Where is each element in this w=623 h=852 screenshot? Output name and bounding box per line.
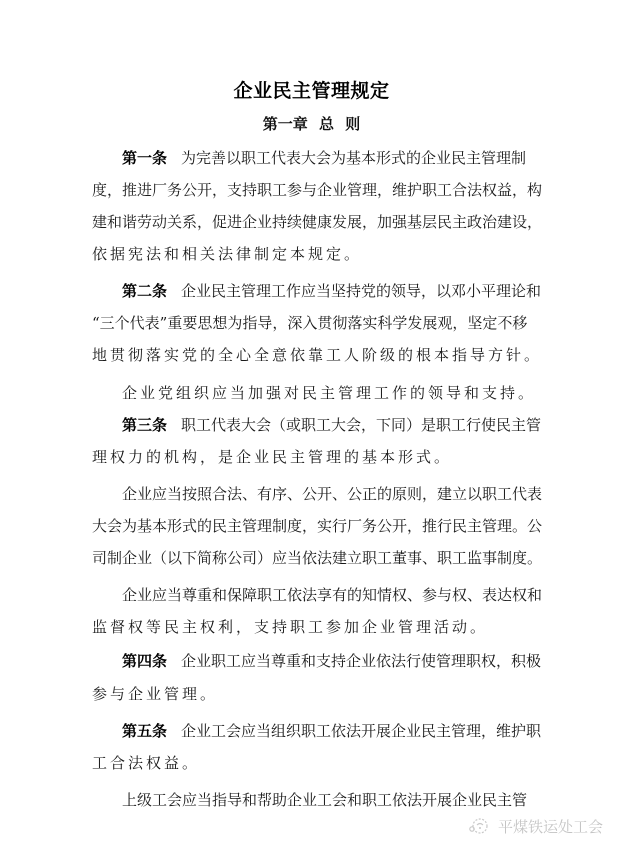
line-text: 上级工会应当指导和帮助企业工会和职工依法开展企业民主管 [122, 791, 527, 809]
line-text: 企业工会应当组织职工依法开展企业民主管理，维护职 [181, 722, 541, 740]
text-line: “三个代表”重要思想为指导，深入贯彻落实科学发展观，坚定不移 [92, 313, 533, 333]
watermark-text: 平煤铁运处工会 [498, 816, 603, 837]
text-line: 司制企业（以下简称公司）应当依法建立职工董事、职工监事制度。 [92, 548, 533, 568]
line-text: 企业民主管理工作应当坚持党的领导，以邓小平理论和 [181, 282, 541, 300]
article-line: 第三条职工代表大会（或职工大会，下同）是职工行使民主管 [122, 415, 533, 435]
article-number: 第五条 [122, 722, 167, 740]
article-line: 第一条为完善以职工代表大会为基本形式的企业民主管理制 [122, 148, 533, 168]
line-text: 职工代表大会（或职工大会，下同）是职工行使民主管 [181, 416, 541, 434]
text-line: 上级工会应当指导和帮助企业工会和职工依法开展企业民主管 [122, 790, 533, 810]
line-text: 企业党组织应当加强对民主管理工作的领导和支持。 [122, 384, 536, 402]
chapter-heading: 第一章 总 则 [0, 113, 623, 134]
line-text: “三个代表”重要思想为指导，深入贯彻落实科学发展观，坚定不移 [92, 314, 527, 332]
line-text: 大会为基本形式的民主管理制度，实行厂务公开，推行民主管理。公 [92, 517, 542, 535]
text-line: 大会为基本形式的民主管理制度，实行厂务公开，推行民主管理。公 [92, 516, 533, 536]
line-text: 理权力的机构，是企业民主管理的基本形式。 [92, 448, 452, 466]
text-line: 地贯彻落实党的全心全意依靠工人阶级的根本指导方针。 [92, 345, 542, 365]
text-line: 参与企业管理。 [92, 684, 218, 704]
line-text: 监督权等民主权利，支持职工参加企业管理活动。 [92, 618, 488, 636]
text-line: 依据宪法和相关法律制定本规定。 [92, 244, 362, 264]
line-text: 司制企业（以下简称公司）应当依法建立职工董事、职工监事制度。 [92, 549, 542, 567]
text-line: 监督权等民主权利，支持职工参加企业管理活动。 [92, 617, 488, 637]
article-line: 第二条企业民主管理工作应当坚持党的领导，以邓小平理论和 [122, 281, 533, 301]
line-text: 度，推进厂务公开，支持职工参与企业管理，维护职工合法权益，构 [92, 181, 542, 199]
article-line: 第五条企业工会应当组织职工依法开展企业民主管理，维护职 [122, 721, 533, 741]
text-line: 理权力的机构，是企业民主管理的基本形式。 [92, 447, 452, 467]
line-text: 企业职工应当尊重和支持企业依法行使管理职权，积极 [181, 652, 541, 670]
article-number: 第三条 [122, 416, 167, 434]
article-number: 第二条 [122, 282, 167, 300]
wechat-official-account-icon [468, 817, 490, 835]
text-line: 工合法权益。 [92, 753, 200, 773]
line-text: 企业应当尊重和保障职工依法享有的知情权、参与权、表达权和 [122, 586, 542, 604]
text-line: 建和谐劳动关系，促进企业持续健康发展，加强基层民主政治建设， [92, 212, 533, 232]
article-number: 第四条 [122, 652, 167, 670]
line-text: 建和谐劳动关系，促进企业持续健康发展，加强基层民主政治建设， [92, 213, 542, 231]
line-text: 参与企业管理。 [92, 685, 218, 703]
line-text: 为完善以职工代表大会为基本形式的企业民主管理制 [181, 149, 526, 167]
line-text: 工合法权益。 [92, 754, 200, 772]
line-text: 地贯彻落实党的全心全意依靠工人阶级的根本指导方针。 [92, 346, 542, 364]
text-line: 企业应当尊重和保障职工依法享有的知情权、参与权、表达权和 [122, 585, 533, 605]
line-text: 企业应当按照合法、有序、公开、公正的原则，建立以职工代表 [122, 485, 542, 503]
text-line: 企业应当按照合法、有序、公开、公正的原则，建立以职工代表 [122, 484, 533, 504]
line-text: 依据宪法和相关法律制定本规定。 [92, 245, 362, 263]
article-line: 第四条企业职工应当尊重和支持企业依法行使管理职权，积极 [122, 651, 533, 671]
watermark: 平煤铁运处工会 [468, 814, 603, 838]
article-number: 第一条 [122, 149, 167, 167]
document-title: 企业民主管理规定 [0, 76, 623, 103]
text-line: 企业党组织应当加强对民主管理工作的领导和支持。 [122, 383, 536, 403]
text-line: 度，推进厂务公开，支持职工参与企业管理，维护职工合法权益，构 [92, 180, 533, 200]
